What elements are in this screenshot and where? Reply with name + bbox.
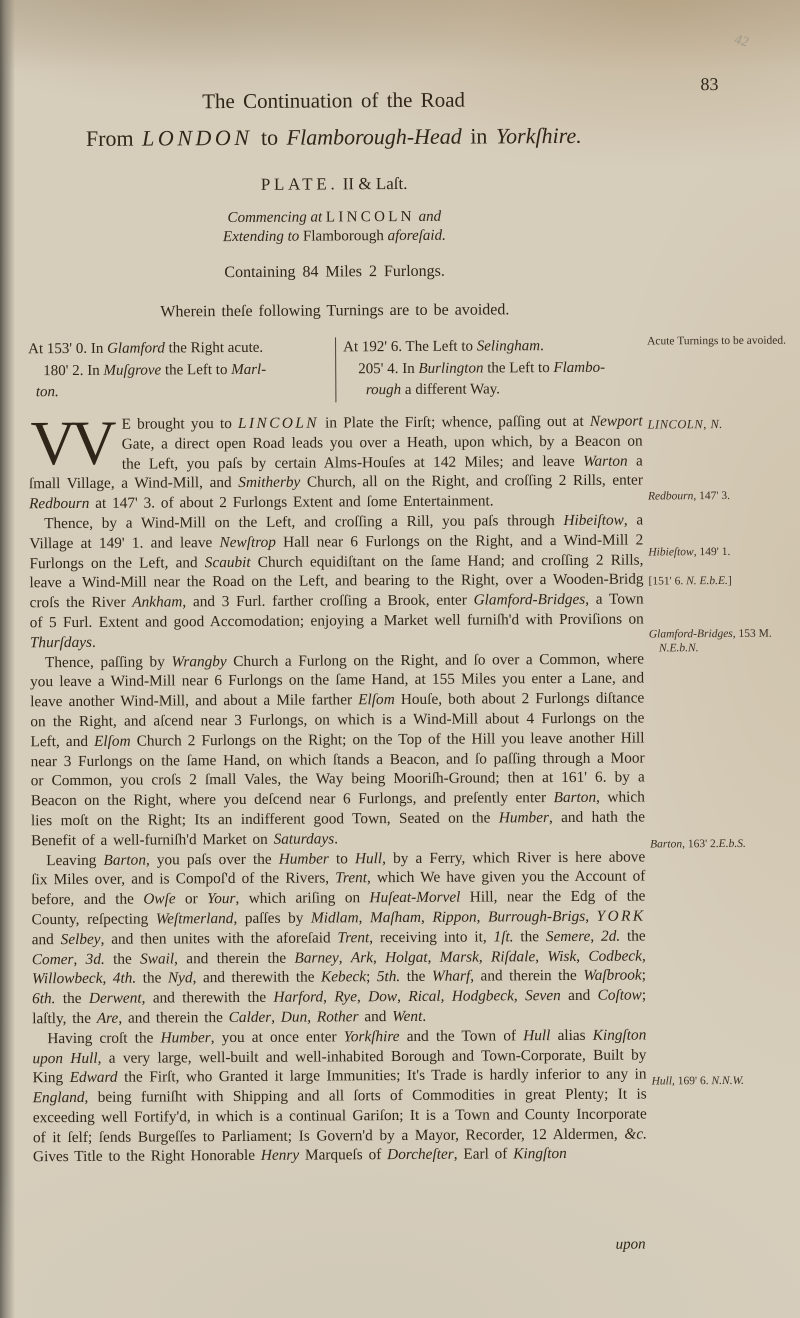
paragraph-text: Thence, by a Wind-Mill on the Left, and … [29,511,644,651]
margin-note: Redbourn, 147' 3. [648,489,800,504]
title-line-2: From LONDON to Flamborough-Head in Yorkſ… [27,123,641,153]
margin-note: LINCOLN, N. [648,417,800,432]
margin-note: [151' 6. N. E.b.E.] [648,574,800,589]
paragraph-text: Having croſt the Humber, you at once ent… [32,1026,647,1166]
margin-note: Hull, 169' 6. N.N.W. [652,1074,800,1089]
drop-cap: VV [29,415,122,469]
margin-note: Hibieſtow, 149' 1. [648,545,800,560]
body-paragraph: Leaving Barton, you paſs over the Humber… [31,847,646,1029]
turnings-table: At 153' 0. In Glamford the Right acute. … [28,336,642,404]
extending-line: Extending to Flamborough aforeſaid. [27,227,641,248]
margin-note: Glamford-Bridges, 153 M. N.E.b.N. [649,627,800,656]
paragraph-text: E brought you to LINCOLN in Plate the Fi… [29,413,643,513]
body-text: VVE brought you to LINCOLN in Plate the … [29,412,648,1168]
title-line-1: The Continuation of the Road [27,87,641,116]
turnings-right-column: At 192' 6. The Left to Selingham. 205' 4… [343,336,642,402]
containing-line: Containing 84 Miles 2 Furlongs. [28,262,642,284]
body-paragraph: Having croſt the Humber, you at once ent… [32,1025,647,1167]
turnings-left-column: At 153' 0. In Glamford the Right acute. … [28,337,328,403]
wherein-line: Wherein theſe following Turnings are to … [28,301,642,323]
commencing-line: Commencing at LINCOLN and [27,208,641,229]
margin-note: Acute Turnings to be avoided. [647,334,800,349]
catchword: upon [34,1236,660,1257]
paragraph-text: Leaving Barton, you paſs over the Humber… [31,848,646,1027]
body-paragraph: Thence, by a Wind-Mill on the Left, and … [29,510,644,652]
pencil-annotation: 42 [733,32,750,51]
page-content: 42 83 The Continuation of the Road From … [0,0,800,1318]
page-number: 83 [700,74,718,95]
turnings-column-divider [335,337,336,402]
paragraph-text: Thence, paſſing by Wrangby Church a Furl… [30,650,645,849]
body-paragraph: Thence, paſſing by Wrangby Church a Furl… [30,649,645,851]
plate-line: PLATE. II & Laſt. [27,173,641,197]
margin-note: Barton, 163' 2.E.b.S. [650,837,800,852]
body-paragraph: VVE brought you to LINCOLN in Plate the … [29,412,644,515]
book-page-scan: 42 83 The Continuation of the Road From … [0,0,800,1318]
